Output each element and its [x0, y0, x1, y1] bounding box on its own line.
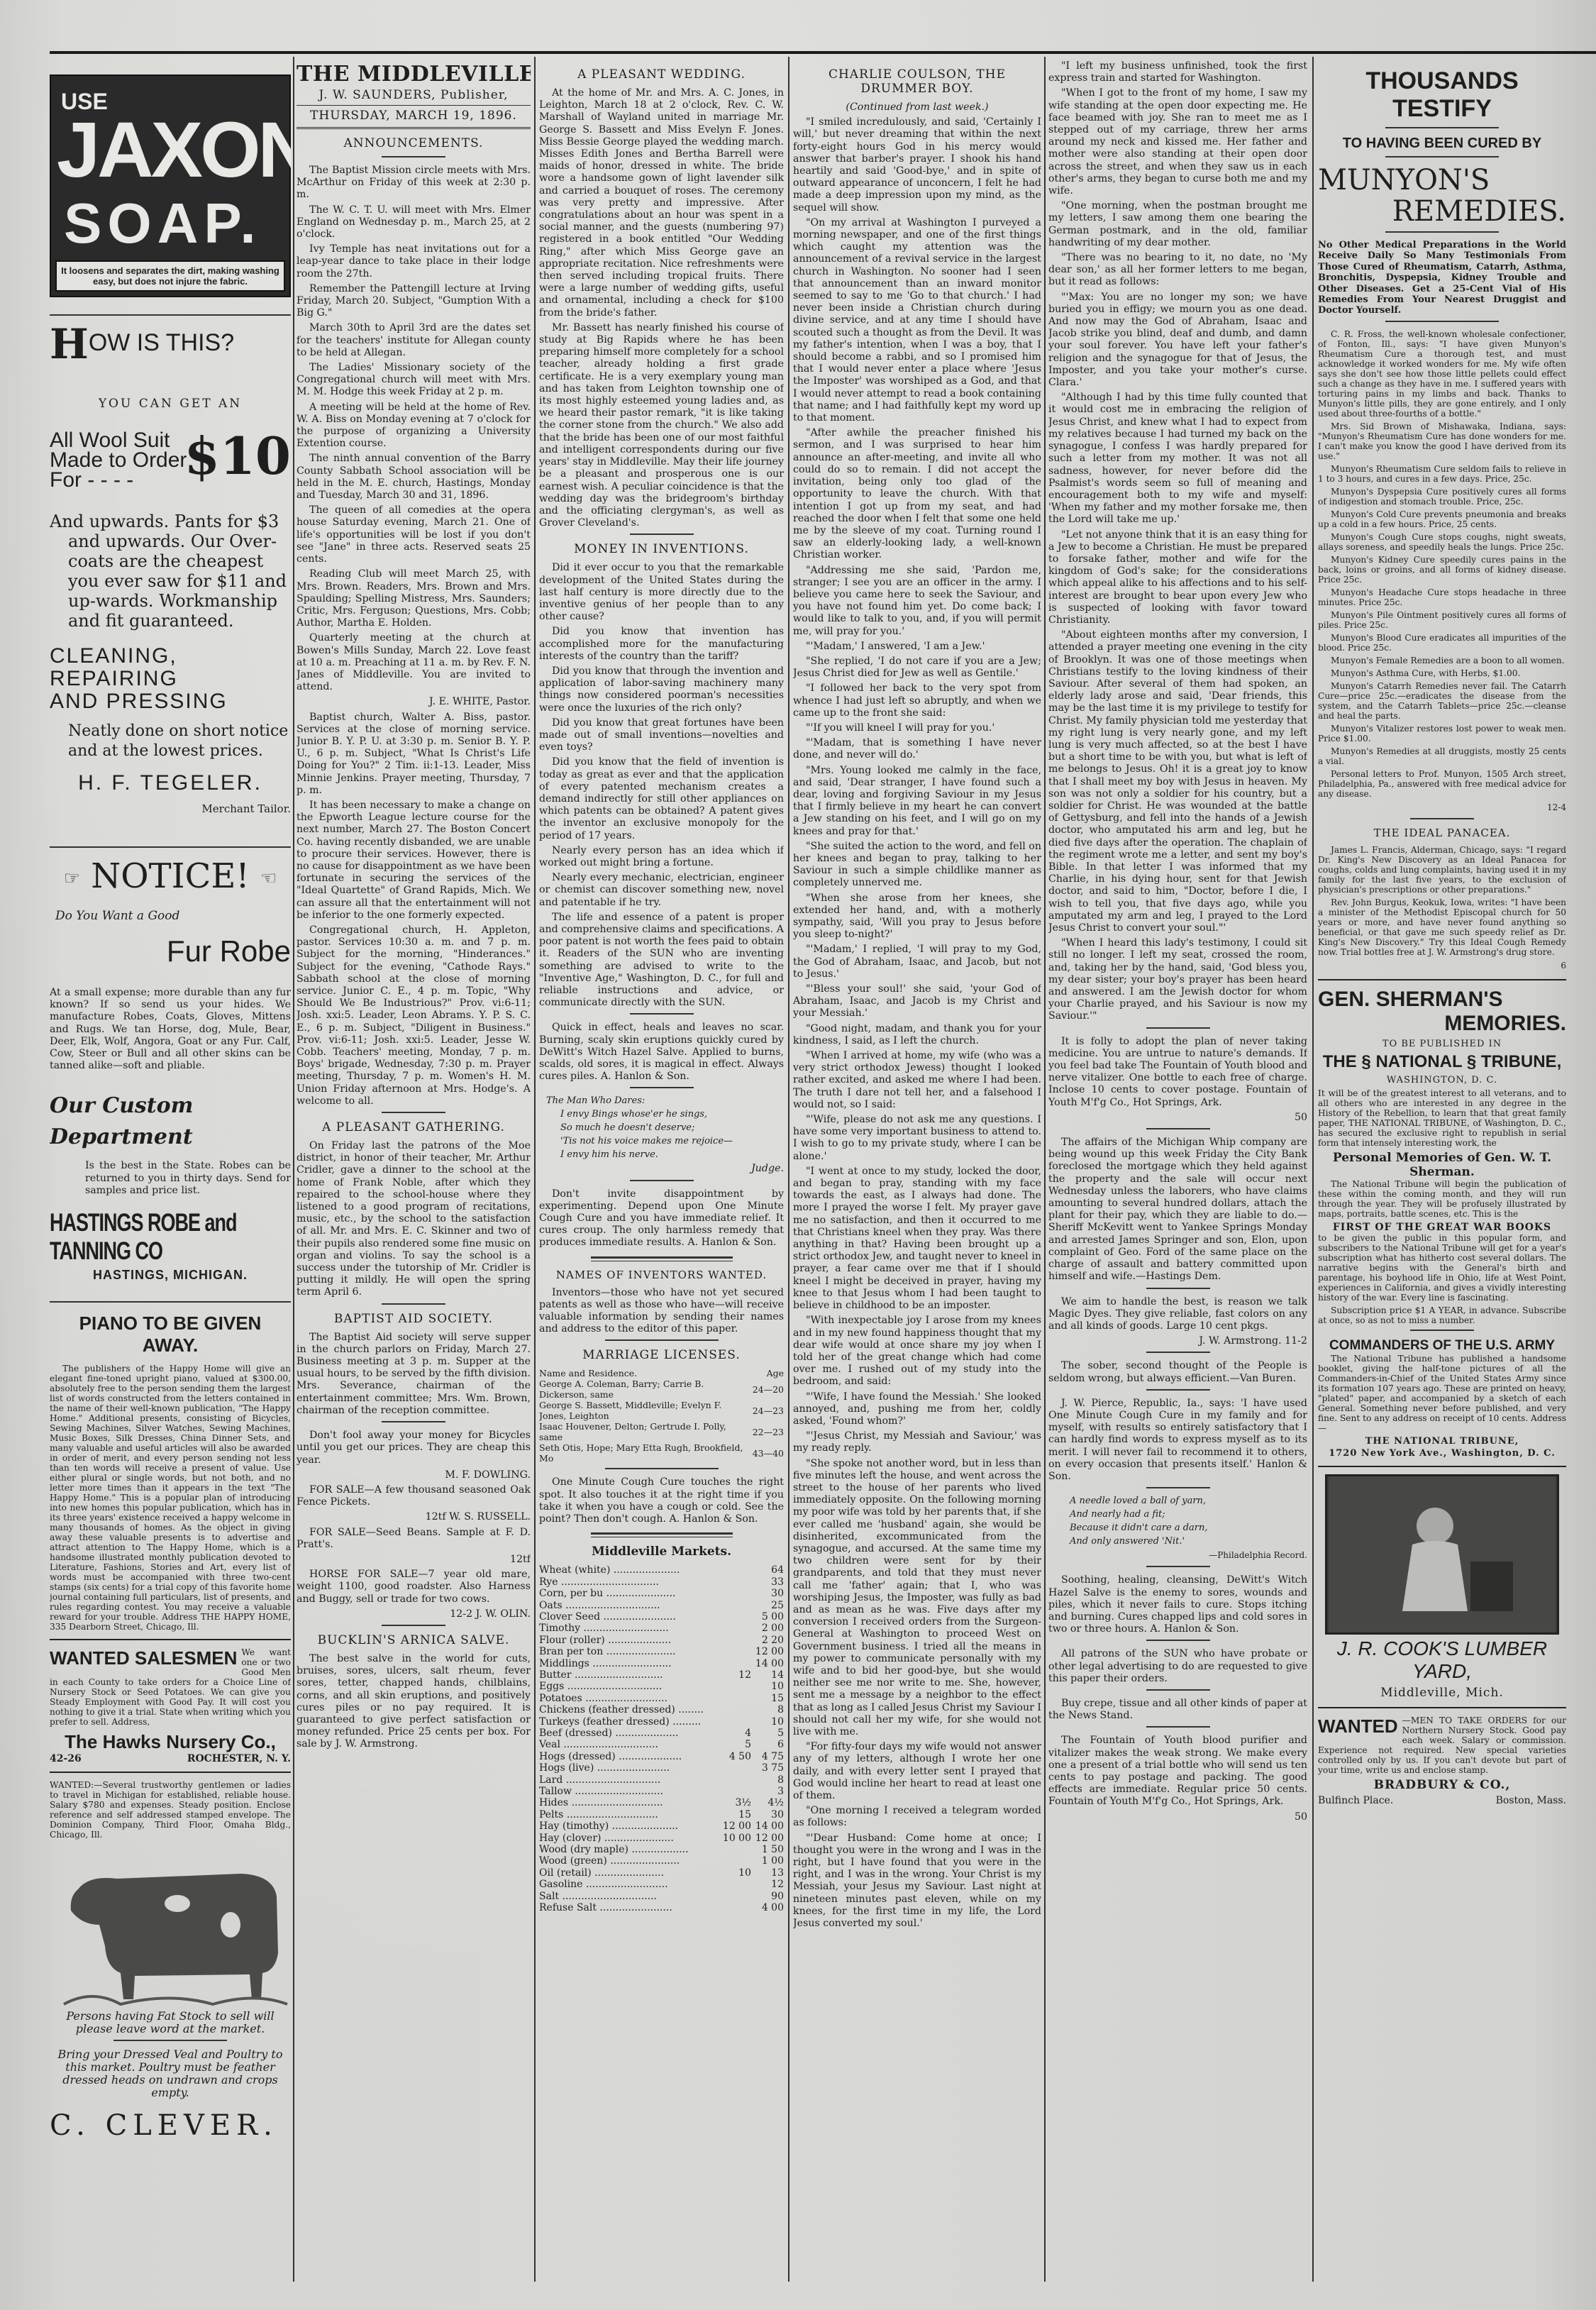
cook-city: Middleville, Mich.: [1318, 1686, 1566, 1700]
story-paragraph: "She spoke not another word, but in less…: [793, 1458, 1041, 1739]
story-body: "I smiled incredulously, and said, 'Cert…: [793, 116, 1041, 1930]
ad-headline: WANTED: [1318, 1715, 1398, 1737]
story-paragraph: "'If you will kneel I will pray for you.…: [793, 722, 1041, 734]
article-paragraph: Nearly every person has an idea which if…: [539, 845, 784, 869]
market-row: Refuse Salt .......................4 00: [539, 1902, 784, 1913]
tegeler-ad: HOW IS THIS? YOU CAN GET AN All Wool Sui…: [50, 314, 291, 815]
column-rule: [1044, 57, 1046, 2282]
clever-caption: Bring your Dressed Veal and Poultry to t…: [50, 2048, 291, 2099]
piano-body: The publishers of the Happy Home will gi…: [50, 1364, 291, 1632]
market-row: Bran per ton ......................12 00: [539, 1646, 784, 1657]
poem-title: The Man Who Dares:: [539, 1095, 784, 1106]
story-paragraph: "One morning, when the postman brought m…: [1048, 200, 1307, 249]
sherman-headline: MEMORIES.: [1318, 1012, 1566, 1036]
quote: The sober, second thought of the People …: [1048, 1360, 1307, 1384]
story-paragraph: "About eighteen months after my conversi…: [1048, 629, 1307, 934]
signature: M. F. DOWLING.: [297, 1469, 531, 1481]
cook-lumber-yard: J. R. COOK'S LUMBER YARD,: [1318, 1637, 1566, 1683]
ad-body: Is the best in the State. Robes can be r…: [50, 1160, 291, 1197]
article-paragraph: The Baptist Aid society will serve suppe…: [297, 1332, 531, 1417]
story-paragraph: "Let not anyone think that it is an easy…: [1048, 529, 1307, 627]
testimonial: Munyon's Kidney Cure speedily cures pain…: [1318, 555, 1566, 585]
market-row: Salt ..............................90: [539, 1891, 784, 1902]
announcements-list: Baptist church, Walter A. Biss, pastor. …: [297, 712, 531, 1108]
divider: [1146, 1689, 1210, 1691]
classifieds: FOR SALE—A few thousand seasoned Oak Fen…: [297, 1484, 531, 1620]
market-row: Hides .............................3½4½: [539, 1797, 784, 1808]
story-paragraph: "One morning I received a telegram worde…: [793, 1805, 1041, 1829]
market-row: Potatoes ..........................15: [539, 1693, 784, 1704]
market-row: Beef (dressed) ....................45: [539, 1728, 784, 1739]
sherman-work-title: Personal Memories of Gen. W. T. Sherman.: [1318, 1151, 1566, 1179]
market-row: Veal ..............................56: [539, 1739, 784, 1750]
divider: [630, 1180, 694, 1181]
divider: [50, 1639, 291, 1640]
masthead-date: THURSDAY, MARCH 19, 1896.: [297, 105, 531, 129]
ad-ref: 50: [1048, 1112, 1307, 1124]
story-paragraph: "She replied, 'I do not care if you are …: [793, 656, 1041, 680]
announcement-item: Baptist church, Walter A. Biss, pastor. …: [297, 712, 531, 797]
story-paragraph: "There was no bearing to it, no date, no…: [1048, 252, 1307, 289]
market-row: Lard ..............................8: [539, 1774, 784, 1786]
article-paragraph: Inventors—those who have not yet secured…: [539, 1287, 784, 1336]
market-row: Corn, per bu ......................30: [539, 1588, 784, 1599]
market-row: Hay (clover) ......................10 00…: [539, 1833, 784, 1844]
divider: [1410, 1330, 1474, 1331]
announcement-item: Ivy Temple has neat invitations out for …: [297, 243, 531, 280]
marriage-licenses-table: Name and Residence.Age George A. Coleman…: [539, 1368, 784, 1464]
signature: J. W. Armstrong.: [1199, 1335, 1281, 1347]
testimonial: Munyon's Cough Cure stops coughs, night …: [1318, 532, 1566, 552]
section-heading: BAPTIST AID SOCIETY.: [297, 1312, 531, 1326]
article-paragraph: Did you know that great fortunes have be…: [539, 717, 784, 754]
divider: [382, 1421, 445, 1422]
poem-source: —Philadelphia Record.: [1048, 1549, 1307, 1562]
ad-ref: 12-4: [1318, 802, 1566, 814]
ad-body: The National Tribune will begin the publ…: [1318, 1179, 1566, 1219]
market-row: Middlings .........................14 00: [539, 1658, 784, 1669]
ad-body: to be given the public in this popular f…: [1318, 1233, 1566, 1303]
article-paragraph: Did you know that invention has accompli…: [539, 626, 784, 663]
article-paragraph: Did it ever occur to you that the remark…: [539, 562, 784, 623]
testimonial: Mrs. Sid Brown of Mishawaka, Indiana, sa…: [1318, 421, 1566, 461]
divider: [113, 2040, 227, 2041]
story-paragraph: "For fifty-four days my wife would not a…: [793, 1741, 1041, 1802]
ad-body: Soothing, healing, cleansing, DeWitt's W…: [1048, 1574, 1307, 1635]
announcement-item: The Ladies' Missionary society of the Co…: [297, 362, 531, 399]
poem-line: A needle loved a ball of yarn,: [1048, 1496, 1307, 1506]
story-paragraph: "'Madam,' I answered, 'I am a Jew.': [793, 641, 1041, 653]
ad-body: Quick in effect, heals and leaves no sca…: [539, 1022, 784, 1083]
divider: [1385, 321, 1499, 322]
divider: [382, 156, 445, 157]
boy-photo: [1325, 1474, 1559, 1635]
story-title: CHARLIE COULSON, THE DRUMMER BOY.: [793, 67, 1041, 96]
classified-ad: FOR SALE—Seed Beans. Sample at F. D. Pra…: [297, 1527, 531, 1551]
testimonial: James L. Francis, Alderman, Chicago, say…: [1318, 845, 1566, 895]
market-row: Gasoline ..........................12: [539, 1879, 784, 1890]
munyon-subhead: TO HAVING BEEN CURED BY: [1318, 136, 1566, 152]
ad-body: It will be of the greatest interest to a…: [1318, 1088, 1566, 1148]
story-paragraph: "I smiled incredulously, and said, 'Cert…: [793, 116, 1041, 214]
munyon-intro: No Other Medical Preparations in the Wor…: [1318, 240, 1566, 316]
divider: [1146, 1352, 1210, 1353]
divider: [1146, 1487, 1210, 1488]
license-row: George S. Bassett, Middleville; Evelyn F…: [539, 1400, 784, 1421]
ad-body: We aim to handle the best, is reason we …: [1048, 1296, 1307, 1333]
divider: [1146, 1640, 1210, 1641]
announcements-list: The Baptist Mission circle meets with Mr…: [297, 165, 531, 693]
divider: [1318, 979, 1566, 980]
market-row: Timothy ...........................2 00: [539, 1623, 784, 1634]
dominion-ad: WANTED:—Several trustworthy gentlemen or…: [50, 1780, 291, 1840]
market-row: Chickens (feather dressed) ........8: [539, 1704, 784, 1715]
poem-line: And nearly had a fit;: [1048, 1509, 1307, 1520]
market-row: Wheat (white) .....................64: [539, 1564, 784, 1576]
testimonial: Munyon's Dyspepsia Cure positively cures…: [1318, 487, 1566, 507]
ad-subhead: YOU CAN GET AN: [50, 397, 291, 411]
market-row: Butter ............................1214: [539, 1669, 784, 1681]
story-paragraph: "'Wife, please do not ask me any questio…: [793, 1114, 1041, 1163]
cow-illustration: [50, 1847, 291, 2010]
divider: [1318, 1466, 1566, 1467]
market-row: Wood (dry maple) ..................1 50: [539, 1844, 784, 1855]
classified-ad: HORSE FOR SALE—7 year old mare, weight 1…: [297, 1569, 531, 1606]
market-row: Clover Seed .......................5 00: [539, 1611, 784, 1623]
story-paragraph: "When I got to the front of my home, I s…: [1048, 87, 1307, 197]
classified-ref: 12tf: [297, 1554, 531, 1566]
classified-ref: 12-2 J. W. OLIN.: [297, 1608, 531, 1620]
story-paragraph: "I went at once to my study, locked the …: [793, 1166, 1041, 1312]
panacea-article: James L. Francis, Alderman, Chicago, say…: [1318, 845, 1566, 957]
testimonial: Munyon's Rheumatism Cure seldom fails to…: [1318, 464, 1566, 484]
divider: [1410, 818, 1474, 819]
testimonial: J. W. Pierce, Republic, Ia., says: 'I ha…: [1048, 1398, 1307, 1483]
ad-ref: 50: [1048, 1811, 1307, 1823]
testimonial: Munyon's Catarrh Remedies never fail. Th…: [1318, 681, 1566, 721]
ad-body: One Minute Cough Cure touches the right …: [539, 1476, 784, 1525]
market-row: Hogs (live) .......................3 75: [539, 1762, 784, 1774]
market-prices-table: Wheat (white) .....................64Rye…: [539, 1564, 784, 1913]
markets-heading: Middleville Markets.: [539, 1544, 784, 1559]
poem-line: So much he doesn't deserve;: [539, 1122, 784, 1133]
announcement-item: Reading Club will meet March 25, with Mr…: [297, 568, 531, 629]
advertiser-city: Boston, Mass.: [1496, 1795, 1566, 1806]
piano-headline: PIANO TO BE GIVEN AWAY.: [50, 1301, 291, 1356]
testimonial: C. R. Fross, the well-known wholesale co…: [1318, 329, 1566, 419]
section-heading: THE IDEAL PANACEA.: [1318, 827, 1566, 839]
fur-robe-ad: ☞ NOTICE! ☜ Do You Want a Good Fur Robe …: [50, 846, 291, 1283]
child-portrait-icon: [1327, 1476, 1557, 1632]
license-row: Seth Otis, Hope; Mary Etta Rugh, Brookfi…: [539, 1442, 784, 1464]
testimonial: Munyon's Cold Cure prevents pneumonia an…: [1318, 509, 1566, 529]
article-paragraph: On Friday last the patrons of the Moe di…: [297, 1140, 531, 1299]
story-paragraph: "On my arrival at Washington I purveyed …: [793, 217, 1041, 424]
masthead-title: THE MIDDLEVILLE SUN: [297, 62, 531, 87]
story-paragraph: "With inexpectable joy I arose from my k…: [793, 1315, 1041, 1388]
subscription-price: Subscription price $1 A YEAR, in advance…: [1318, 1305, 1566, 1325]
story-body: "I left my business unfinished, took the…: [1048, 60, 1307, 1023]
classified-ref: 12tf W. S. RUSSELL.: [297, 1511, 531, 1523]
divider: [382, 1303, 445, 1305]
advertiser-name: HASTINGS ROBE and TANNING CO: [50, 1209, 291, 1266]
story-continued-note: (Continued from last week.): [793, 101, 1041, 114]
market-row: Eggs ..............................10: [539, 1681, 784, 1692]
poem: A needle loved a ball of yarn,And nearly…: [1048, 1496, 1307, 1547]
war-books-heading: FIRST OF THE GREAT WAR BOOKS: [1318, 1222, 1566, 1233]
poem-line: And only answered 'Nit.': [1048, 1536, 1307, 1547]
ad-ref: 42-26: [50, 1753, 82, 1764]
column-header: Name and Residence.: [539, 1368, 748, 1378]
story-paragraph: "I followed her back to the very spot fr…: [793, 682, 1041, 719]
divider: [1385, 231, 1499, 233]
munyon-testimonials: C. R. Fross, the well-known wholesale co…: [1318, 329, 1566, 799]
testimonial: Munyon's Pile Ointment positively cures …: [1318, 610, 1566, 630]
article-paragraph: At the home of Mr. and Mrs. A. C. Jones,…: [539, 87, 784, 319]
divider: [1146, 1128, 1210, 1129]
license-row: Isaac Houvener, Delton; Gertrude I. Poll…: [539, 1421, 784, 1442]
divider: [1146, 1566, 1210, 1567]
ad-headline: HOW IS THIS?: [50, 314, 291, 368]
column-2-announcements: THE MIDDLEVILLE SUN J. W. SAUNDERS, Publ…: [297, 60, 531, 2296]
tribune-name: THE § NATIONAL § TRIBUNE,: [1318, 1052, 1566, 1072]
announcement-item: The W. C. T. U. will meet with Mrs. Elme…: [297, 204, 531, 241]
section-heading: MARRIAGE LICENSES.: [539, 1348, 784, 1362]
testimonial: Rev. John Burgus, Keokuk, Iowa, writes: …: [1318, 897, 1566, 957]
article-paragraph: Mr. Bassett has nearly finished his cour…: [539, 322, 784, 529]
announcement-item: Remember the Pattengill lecture at Irvin…: [297, 283, 531, 320]
story-paragraph: "Mrs. Young looked me calmly in the face…: [793, 765, 1041, 838]
testimonial: Munyon's Remedies at all druggists, most…: [1318, 746, 1566, 766]
column-1-ads: USE JAXON SOAP. It loosens and separates…: [50, 60, 291, 2296]
jaxon-soap-ad: USE JAXON SOAP. It loosens and separates…: [50, 74, 291, 297]
market-row: Turkeys (feather dressed) .........10: [539, 1716, 784, 1728]
market-row: Flour (roller) ....................2 20: [539, 1635, 784, 1646]
divider: [605, 1468, 719, 1469]
section-heading: ANNOUNCEMENTS.: [297, 136, 531, 150]
divider: [1146, 1726, 1210, 1728]
advertiser-city: ROCHESTER, N. Y.: [187, 1753, 291, 1764]
story-paragraph: "'Madam, that is something I have never …: [793, 737, 1041, 761]
masthead-publisher: J. W. SAUNDERS, Publisher,: [297, 88, 531, 102]
testimonial: Munyon's Vitalizer restores lost power t…: [1318, 724, 1566, 744]
bradbury-ad: WANTED —MEN TO TAKE ORDERS for our North…: [1318, 1715, 1566, 1806]
ad-body: Don't fool away your money for Bicycles …: [297, 1430, 531, 1466]
column-rule: [534, 57, 536, 2282]
column-rule: [293, 57, 294, 2282]
story-paragraph: "When I heard this lady's testimony, I c…: [1048, 937, 1307, 1022]
announcement-item: The queen of all comedies at the opera h…: [297, 504, 531, 565]
divider: [382, 1625, 445, 1626]
announcement-item: Congregational church, H. Appleton, past…: [297, 924, 531, 1107]
divider: [630, 1087, 694, 1088]
story-paragraph: "She suited the action to the word, and …: [793, 841, 1041, 890]
announcement-item: Quarterly meeting at the church at Bowen…: [297, 632, 531, 693]
pointing-hand-icon: ☜: [260, 868, 277, 890]
ad-body: It is folly to adopt the plan of never t…: [1048, 1036, 1307, 1109]
story-paragraph: "'Bless your soul!' she said, 'your God …: [793, 983, 1041, 1020]
ad-ref: 6: [1318, 960, 1566, 972]
announcement-item: March 30th to April 3rd are the dates se…: [297, 322, 531, 359]
munyon-name: MUNYON'S: [1318, 165, 1566, 196]
ad-product: SOAP.: [64, 195, 262, 252]
classified-ad: FOR SALE—A few thousand seasoned Oak Fen…: [297, 1484, 531, 1508]
pointing-hand-icon: ☞: [64, 868, 80, 890]
ad-body: WANTED:—Several trustworthy gentlemen or…: [50, 1780, 291, 1840]
column-4-story: CHARLIE COULSON, THE DRUMMER BOY. (Conti…: [793, 60, 1041, 2296]
testimonial: Munyon's Blood Cure eradicates all impur…: [1318, 633, 1566, 653]
divider: [50, 1772, 291, 1773]
advertiser-role: Merchant Tailor.: [50, 802, 291, 815]
divider: [605, 1339, 719, 1341]
market-row: Wood (green) ......................1 00: [539, 1855, 784, 1867]
poem-line: Because it didn't care a darn,: [1048, 1522, 1307, 1533]
section-heading: A PLEASANT WEDDING.: [539, 67, 784, 82]
tribune-city: WASHINGTON, D. C.: [1318, 1075, 1566, 1085]
advertiser-location: HASTINGS, MICHIGAN.: [50, 1268, 291, 1283]
column-rule: [1312, 57, 1314, 2282]
divider: [630, 1013, 694, 1015]
ad-subhead: Do You Want a Good: [55, 909, 291, 923]
market-row: Hay (timothy) .....................12 00…: [539, 1820, 784, 1832]
commanders-headline: COMMANDERS OF THE U.S. ARMY: [1318, 1338, 1566, 1354]
article-paragraph: The affairs of the Michigan Whip company…: [1048, 1137, 1307, 1283]
divider: [1318, 1707, 1566, 1708]
suit-price: $10: [184, 431, 291, 482]
story-paragraph: "'Max: You are no longer my son; we have…: [1048, 292, 1307, 389]
notice: All patrons of the SUN who have probate …: [1048, 1648, 1307, 1685]
announcement-item: A meeting will be held at the home of Re…: [297, 402, 531, 451]
license-row: George A. Coleman, Barry; Carrie B. Dick…: [539, 1378, 784, 1400]
story-paragraph: "I left my business unfinished, took the…: [1048, 60, 1307, 84]
top-rule: [50, 51, 1596, 54]
tribune-address: THE NATIONAL TRIBUNE,: [1318, 1436, 1566, 1447]
column-3-news: A PLEASANT WEDDING. At the home of Mr. a…: [539, 60, 784, 2296]
column-header: Age: [748, 1368, 784, 1378]
testimonial: Munyon's Female Remedies are a boon to a…: [1318, 656, 1566, 665]
story-paragraph: "'Madam,' I replied, 'I will pray to my …: [793, 944, 1041, 980]
section-heading: MONEY IN INVENTIONS.: [539, 542, 784, 556]
article-paragraph: Did you know that through the invention …: [539, 665, 784, 714]
story-paragraph: "Addressing me she said, 'Pardon me, str…: [793, 565, 1041, 638]
story-paragraph: "When I arrived at home, my wife (who wa…: [793, 1050, 1041, 1111]
poem-line: I envy him his nerve.: [539, 1149, 784, 1160]
market-row: Oats ..............................25: [539, 1600, 784, 1611]
divider: [1385, 127, 1499, 128]
clever-caption: Persons having Fat Stock to sell will pl…: [50, 2010, 291, 2035]
article-paragraph: The life and essence of a patent is prop…: [539, 912, 784, 1010]
sherman-headline: GEN. SHERMAN'S: [1318, 988, 1566, 1012]
announcement-item: The Baptist Mission circle meets with Mr…: [297, 165, 531, 201]
munyon-remedies: REMEDIES.: [1318, 196, 1566, 227]
ad-headline: WANTED SALESMEN: [50, 1647, 237, 1669]
poem-line: I envy Bings whose'er he sings,: [539, 1109, 784, 1120]
advertiser-street: Bulfinch Place.: [1318, 1795, 1393, 1806]
divider: [1385, 156, 1499, 157]
ad-tagline: It loosens and separates the dirt, makin…: [55, 260, 285, 292]
story-paragraph: "Although I had by this time fully count…: [1048, 392, 1307, 526]
poem-source: Judge.: [539, 1163, 784, 1175]
suit-offer: All Wool Suit Made to Order For - - - - …: [50, 431, 291, 490]
testimonial: Munyon's Headache Cure stops headache in…: [1318, 587, 1566, 607]
section-heading: NAMES OF INVENTORS WANTED.: [539, 1269, 784, 1281]
story-paragraph: "'Wife, I have found the Messiah.' She l…: [793, 1391, 1041, 1428]
divider: [591, 1532, 733, 1537]
munyon-headline: THOUSANDS TESTIFY: [1318, 67, 1566, 123]
section-heading: BUCKLIN'S ARNICA SALVE.: [297, 1633, 531, 1647]
divider: [382, 1112, 445, 1113]
market-row: Pelts .............................1530: [539, 1809, 784, 1820]
cleaning-services: CLEANING, REPAIRING AND PRESSING: [50, 645, 291, 713]
announcement-item: The ninth annual convention of the Barry…: [297, 453, 531, 502]
poem-line: 'Tis not his voice makes me rejoice—: [539, 1136, 784, 1146]
divider: [630, 534, 694, 535]
market-row: Hogs (dressed) ....................4 504…: [539, 1751, 784, 1762]
column-6-ads: THOUSANDS TESTIFY TO HAVING BEEN CURED B…: [1318, 60, 1566, 2296]
ad-body: At a small expense; more durable than an…: [50, 987, 291, 1072]
hawks-ad: WANTED SALESMEN We want one or two Good …: [50, 1647, 291, 1764]
divider: [1146, 1389, 1210, 1391]
sherman-subhead: TO BE PUBLISHED IN: [1318, 1039, 1566, 1049]
market-row: Oil (retail) ......................1013: [539, 1867, 784, 1879]
newspaper-page: USE JAXON SOAP. It loosens and separates…: [0, 0, 1596, 2310]
article-paragraph: Nearly every mechanic, electrician, engi…: [539, 872, 784, 909]
signature: J. E. WHITE, Pastor.: [297, 696, 531, 708]
inventions-article: Did it ever occur to you that the remark…: [539, 562, 784, 1009]
article-paragraph: Did you know that the field of invention…: [539, 756, 784, 841]
ad-brand-name: JAXON: [57, 111, 291, 189]
ad-body: And upwards. Pants for $3 and upwards. O…: [50, 512, 291, 631]
ad-ref: 11-2: [1285, 1335, 1307, 1347]
ad-product: Fur Robe: [50, 934, 291, 968]
story-paragraph: "'Dear Husband: Come home at once; I tho…: [793, 1833, 1041, 1930]
column-5-story: "I left my business unfinished, took the…: [1048, 60, 1307, 2296]
divider: [1146, 1027, 1210, 1029]
story-paragraph: "When she arose from her knees, she exte…: [793, 892, 1041, 941]
tribune-address: 1720 New York Ave., Washington, D. C.: [1318, 1448, 1566, 1459]
notice-headline: ☞ NOTICE! ☜: [50, 846, 291, 896]
advertiser-name: H. F. TEGELER.: [50, 771, 291, 795]
story-paragraph: "After awhile the preacher finished his …: [793, 427, 1041, 561]
testimonial: Personal letters to Prof. Munyon, 1505 A…: [1318, 769, 1566, 799]
section-heading: A PLEASANT GATHERING.: [297, 1120, 531, 1134]
advertiser-name: The Hawks Nursery Co.,: [50, 1731, 291, 1753]
advertiser-name: BRADBURY & CO.,: [1318, 1778, 1566, 1792]
divider: [1146, 1288, 1210, 1289]
ad-body: The National Tribune has published a han…: [1318, 1354, 1566, 1433]
cow-icon: [50, 1847, 291, 2010]
divider: [591, 1256, 733, 1261]
ad-body: The Fountain of Youth blood purifier and…: [1048, 1735, 1307, 1808]
ad-body: The best salve in the world for cuts, br…: [297, 1653, 531, 1751]
market-row: Rye ...............................33: [539, 1576, 784, 1588]
testimonial: Munyon's Asthma Cure, with Herbs, $1.00.: [1318, 668, 1566, 678]
story-paragraph: "Good night, madam, and thank you for yo…: [793, 1023, 1041, 1047]
poem: I envy Bings whose'er he sings,So much h…: [539, 1109, 784, 1160]
notice: Buy crepe, tissue and all other kinds of…: [1048, 1698, 1307, 1722]
ad-body: Don't invite disappointment by experimen…: [539, 1188, 784, 1249]
ad-body: Neatly done on short notice and at the l…: [50, 722, 291, 761]
story-paragraph: "'Jesus Christ, my Messiah and Saviour,'…: [793, 1430, 1041, 1454]
custom-department-heading: Our Custom Department: [50, 1090, 291, 1153]
announcement-item: It has been necessary to make a change o…: [297, 800, 531, 922]
advertiser-name: C. CLEVER.: [50, 2109, 291, 2142]
market-row: Tallow ............................3: [539, 1786, 784, 1797]
column-rule: [788, 57, 789, 2282]
